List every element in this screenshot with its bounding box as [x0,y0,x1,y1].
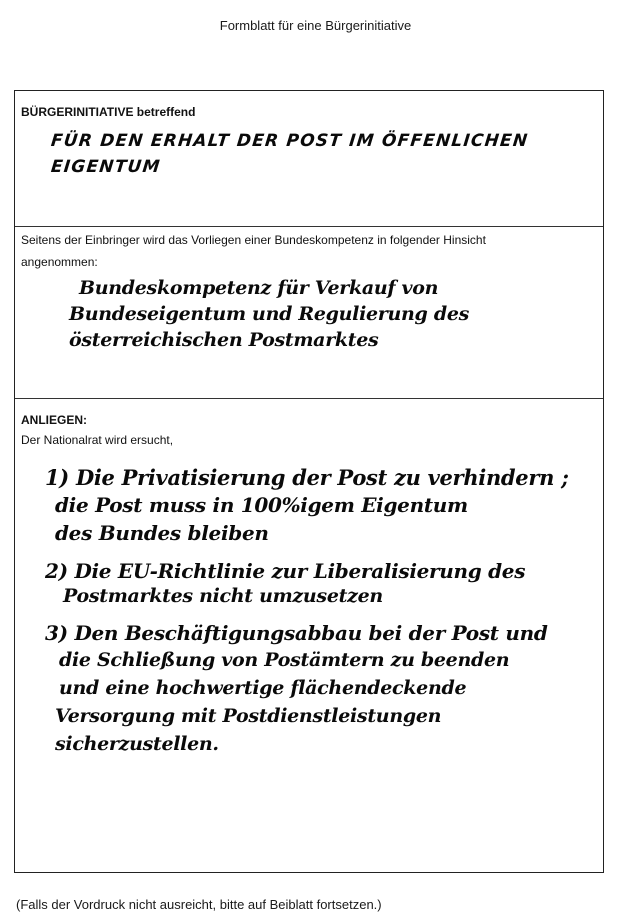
competence-label-continued: angenommen: [21,251,597,273]
handwritten-line: Versorgung mit Postdienstleistungen [55,705,441,727]
handwritten-line: 2) Die EU-Richtlinie zur Liberalisierung… [45,559,525,583]
handwritten-line: 1) Die Privatisierung der Post zu verhin… [45,465,569,490]
handwritten-line: Bundeseigentum und Regulierung des [69,303,469,325]
section-subject: BÜRGERINITIATIVE betreffend FÜR DEN ERHA… [15,91,603,227]
form-box: BÜRGERINITIATIVE betreffend FÜR DEN ERHA… [14,90,604,873]
form-title: Formblatt für eine Bürgerinitiative [0,18,631,33]
section-concern: ANLIEGEN: Der Nationalrat wird ersucht, … [15,399,603,872]
handwritten-line: des Bundes bleiben [55,521,269,545]
concern-intro: Der Nationalrat wird ersucht, [21,429,597,451]
concern-label: ANLIEGEN: [21,413,87,427]
handwritten-line: die Schließung von Postämtern zu beenden [59,649,509,671]
handwritten-line: und eine hochwertige flächendeckende [59,677,466,699]
handwritten-line: österreichischen Postmarktes [69,329,378,351]
handwritten-line: Postmarktes nicht umzusetzen [63,585,383,607]
handwritten-line: die Post muss in 100%igem Eigentum [55,493,468,517]
handwritten-line: FÜR DEN ERHALT DER POST IM ÖFFENLICHEN [50,131,529,151]
handwritten-line: sicherzustellen. [55,733,219,755]
handwritten-line: 3) Den Beschäftigungsabbau bei der Post … [45,621,548,645]
handwritten-line: Bundeskompetenz für Verkauf von [79,277,438,299]
subject-label: BÜRGERINITIATIVE betreffend [21,105,195,119]
handwritten-line: EIGENTUM [50,157,162,177]
footer-note: (Falls der Vordruck nicht ausreicht, bit… [16,897,382,912]
section-competence: Seitens der Einbringer wird das Vorliege… [15,227,603,399]
competence-label: Seitens der Einbringer wird das Vorliege… [21,229,597,251]
